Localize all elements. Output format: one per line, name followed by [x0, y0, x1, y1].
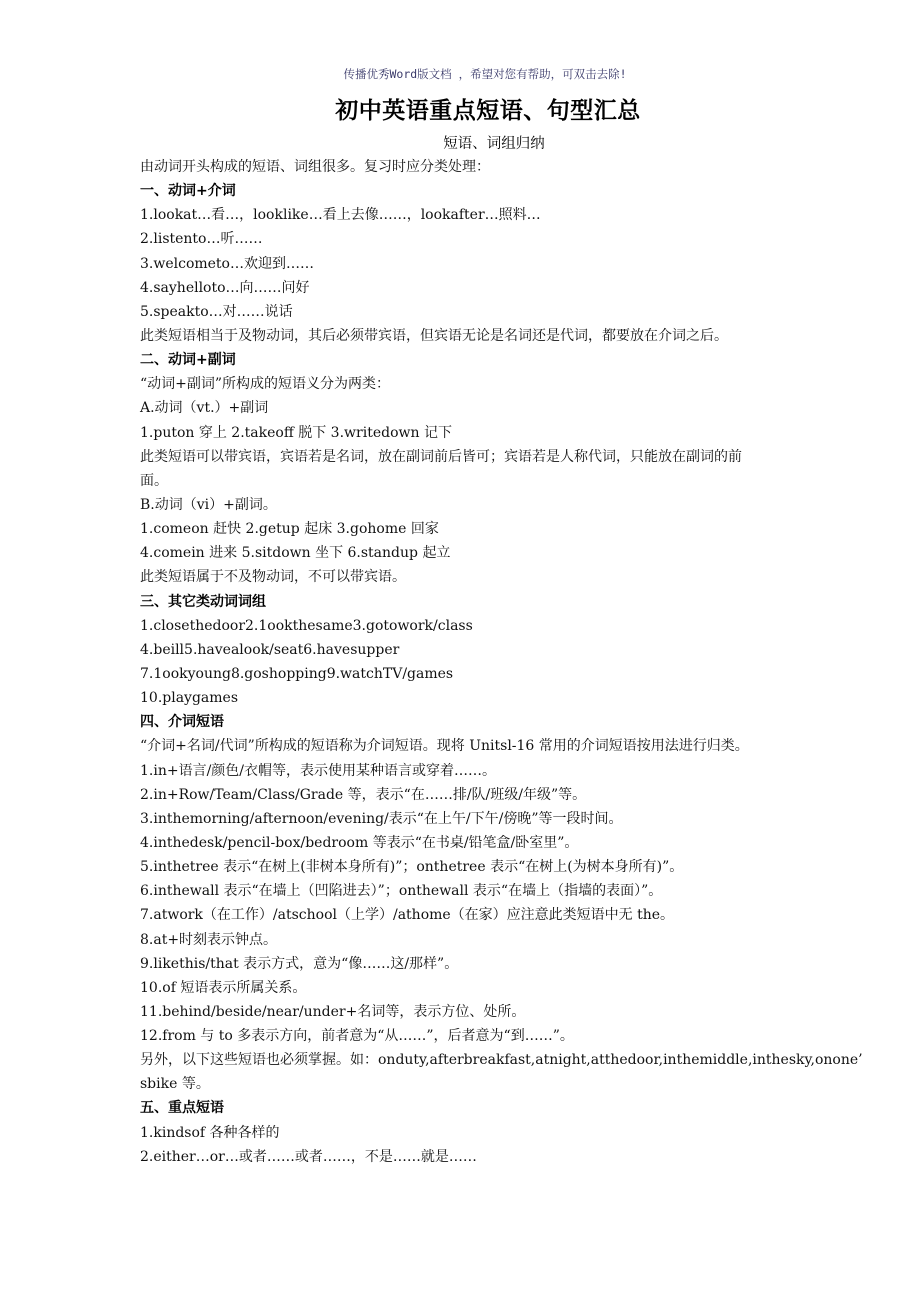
subheading: B.动词（vi）+副词。: [140, 493, 840, 517]
document-page: 传播优秀Word版文档 ，希望对您有帮助，可双击去除! 初中英语重点短语、句型汇…: [0, 0, 920, 1302]
list-item: 5.speakto…对……说话: [140, 300, 840, 324]
list-item: 6.inthewall 表示“在墙上（凹陷进去）”；onthewall 表示“在…: [140, 879, 840, 903]
list-item: 1.kindsof 各种各样的: [140, 1121, 840, 1145]
note-paragraph: 此类短语可以带宾语，宾语若是名词，放在副词前后皆可；宾语若是人称代词，只能放在副…: [140, 445, 840, 469]
list-item: 4.beill5.havealook/seat6.havesupper: [140, 638, 840, 662]
list-item: 1.closethedoor2.1ookthesame3.gotowork/cl…: [140, 614, 840, 638]
list-item: 10.playgames: [140, 686, 840, 710]
section-heading: 一、动词+介词: [140, 179, 840, 203]
watermark-banner: 传播优秀Word版文档 ，希望对您有帮助，可双击去除!: [0, 66, 920, 82]
list-item: 4.inthedesk/pencil-box/bedroom 等表示“在书桌/铅…: [140, 831, 840, 855]
list-item: 5.inthetree 表示“在树上(非树本身所有)”；onthetree 表示…: [140, 855, 840, 879]
list-item: 2.listento…听……: [140, 227, 840, 251]
list-item: 8.at+时刻表示钟点。: [140, 928, 840, 952]
list-item: 7.1ookyoung8.goshopping9.watchTV/games: [140, 662, 840, 686]
document-subtitle: 短语、词组归纳: [0, 132, 920, 153]
list-item: 1.lookat…看…，looklike…看上去像……，lookafter…照料…: [140, 203, 840, 227]
list-item: 4.sayhelloto…向……问好: [140, 276, 840, 300]
list-item: 7.atwork（在工作）/atschool（上学）/athome（在家）应注意…: [140, 903, 840, 927]
note-paragraph-cont: sbike 等。: [140, 1072, 840, 1096]
document-body: 由动词开头构成的短语、词组很多。复习时应分类处理： 一、动词+介词 1.look…: [140, 155, 840, 1169]
list-item: 3.inthemorning/afternoon/evening/表示“在上午/…: [140, 807, 840, 831]
section-heading: 二、动词+副词: [140, 348, 840, 372]
list-item: 10.of 短语表示所属关系。: [140, 976, 840, 1000]
list-item: 4.comein 进来 5.sitdown 坐下 6.standup 起立: [140, 541, 840, 565]
section-heading: 三、其它类动词词组: [140, 590, 840, 614]
list-item: 1.puton 穿上 2.takeoff 脱下 3.writedown 记下: [140, 421, 840, 445]
section-heading: 五、重点短语: [140, 1096, 840, 1120]
note-paragraph-cont: 面。: [140, 469, 840, 493]
list-item: 9.likethis/that 表示方式，意为“像……这/那样”。: [140, 952, 840, 976]
list-item: 1.in+语言/颜色/衣帽等，表示使用某种语言或穿着……。: [140, 759, 840, 783]
list-item: 3.welcometo…欢迎到……: [140, 252, 840, 276]
list-item: 11.behind/beside/near/under+名词等，表示方位、处所。: [140, 1000, 840, 1024]
intro-paragraph: 由动词开头构成的短语、词组很多。复习时应分类处理：: [140, 155, 840, 179]
document-title: 初中英语重点短语、句型汇总: [0, 92, 920, 125]
paragraph: “介词+名词/代词”所构成的短语称为介词短语。现将 Unitsl-16 常用的介…: [140, 734, 840, 758]
list-item: 2.either…or…或者……或者……，不是……就是……: [140, 1145, 840, 1169]
list-item: 2.in+Row/Team/Class/Grade 等，表示“在……排/队/班级…: [140, 783, 840, 807]
section-heading: 四、介词短语: [140, 710, 840, 734]
list-item: 12.from 与 to 多表示方向，前者意为“从……”，后者意为“到……”。: [140, 1024, 840, 1048]
note-paragraph: 此类短语属于不及物动词，不可以带宾语。: [140, 565, 840, 589]
note-paragraph: 另外，以下这些短语也必须掌握。如：onduty,afterbreakfast,a…: [140, 1048, 840, 1072]
note-paragraph: 此类短语相当于及物动词，其后必须带宾语，但宾语无论是名词还是代词，都要放在介词之…: [140, 324, 840, 348]
list-item: 1.comeon 赶快 2.getup 起床 3.gohome 回家: [140, 517, 840, 541]
subheading: A.动词（vt.）+副词: [140, 396, 840, 420]
paragraph: “动词+副词”所构成的短语义分为两类：: [140, 372, 840, 396]
